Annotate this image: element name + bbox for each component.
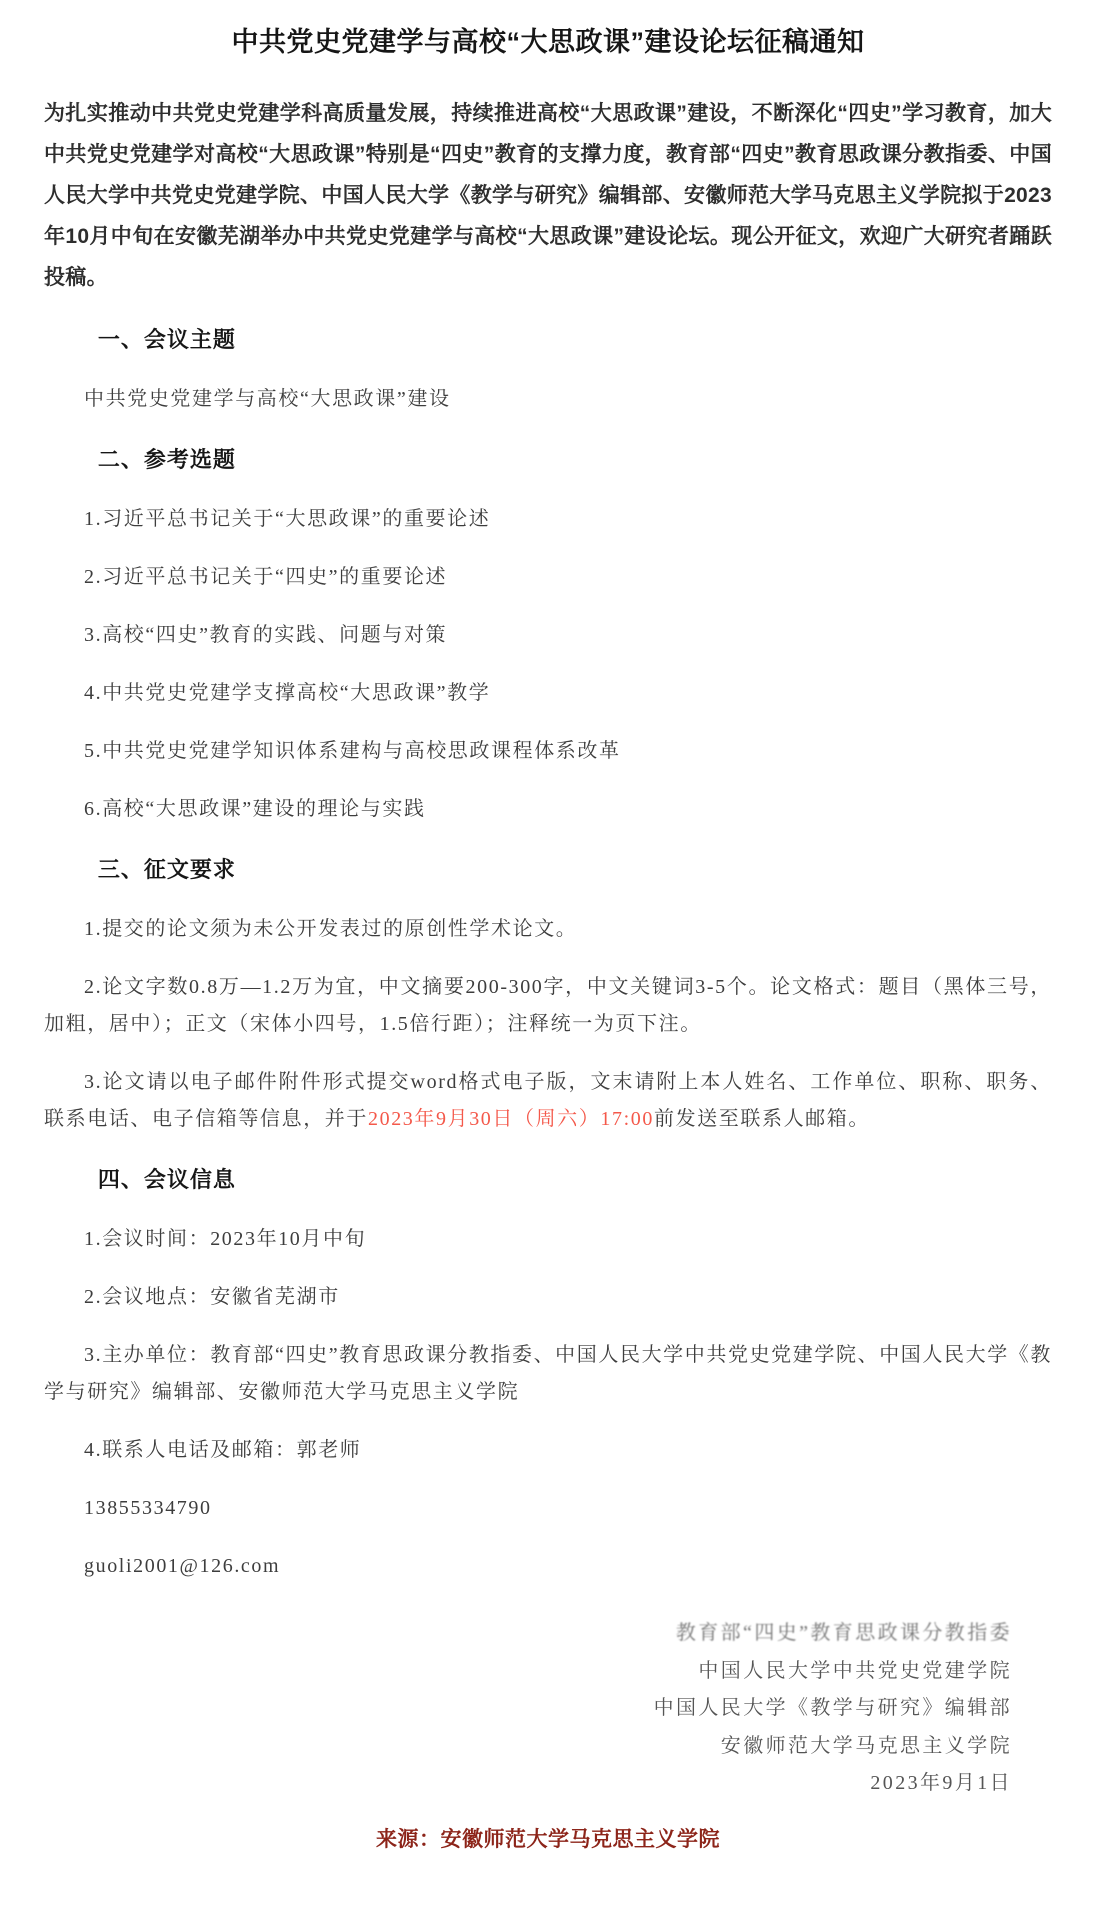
requirement-item-2: 2.论文字数0.8万—1.2万为宜，中文摘要200-300字，中文关键词3-5个… (44, 969, 1052, 1043)
conference-theme: 中共党史党建学与高校“大思政课”建设 (44, 381, 1052, 418)
signature-date: 2023年9月1日 (44, 1765, 1012, 1803)
topic-item-4: 4.中共党史党建学支撑高校“大思政课”教学 (44, 675, 1052, 712)
signature-block: 教育部“四史”教育思政课分教指委 中国人民大学中共党史党建学院 中国人民大学《教… (44, 1615, 1052, 1803)
page: { "title": "中共党史党建学与高校“大思政课”建设论坛征稿通知", "… (0, 0, 1096, 1922)
document-title: 中共党史党建学与高校“大思政课”建设论坛征稿通知 (44, 26, 1052, 59)
topic-item-1: 1.习近平总书记关于“大思政课”的重要论述 (44, 501, 1052, 538)
intro-paragraph: 为扎实推动中共党史党建学科高质量发展，持续推进高校“大思政课”建设，不断深化“四… (44, 93, 1052, 298)
topic-item-5: 5.中共党史党建学知识体系建构与高校思政课程体系改革 (44, 733, 1052, 770)
submission-deadline: 2023年9月30日（周六）17:00 (368, 1108, 654, 1130)
signature-line-1: 教育部“四史”教育思政课分教指委 (44, 1615, 1012, 1653)
contact-phone: 13855334790 (44, 1490, 1052, 1527)
contact-email: guoli2001@126.com (44, 1548, 1052, 1585)
topic-item-3: 3.高校“四史”教育的实践、问题与对策 (44, 617, 1052, 654)
signature-line-3: 中国人民大学《教学与研究》编辑部 (44, 1690, 1012, 1728)
source-line: 来源：安徽师范大学马克思主义学院 (44, 1825, 1052, 1855)
signature-line-4: 安徽师范大学马克思主义学院 (44, 1728, 1012, 1766)
topic-item-6: 6.高校“大思政课”建设的理论与实践 (44, 791, 1052, 828)
info-item-place: 2.会议地点：安徽省芜湖市 (44, 1279, 1052, 1316)
requirement-item-1: 1.提交的论文须为未公开发表过的原创性学术论文。 (44, 911, 1052, 948)
signature-line-2: 中国人民大学中共党史党建学院 (44, 1653, 1012, 1691)
requirement-item-3: 3.论文请以电子邮件附件形式提交word格式电子版，文末请附上本人姓名、工作单位… (44, 1064, 1052, 1138)
topic-item-2: 2.习近平总书记关于“四史”的重要论述 (44, 559, 1052, 596)
info-item-hosts: 3.主办单位：教育部“四史”教育思政课分教指委、中国人民大学中共党史党建学院、中… (44, 1337, 1052, 1411)
info-item-contact: 4.联系人电话及邮箱：郭老师 (44, 1432, 1052, 1469)
section-heading-theme: 一、会议主题 (44, 323, 1052, 356)
section-heading-topics: 二、参考选题 (44, 443, 1052, 476)
section-heading-info: 四、会议信息 (44, 1163, 1052, 1196)
requirement-item-3-tail: 前发送至联系人邮箱。 (654, 1108, 870, 1130)
section-heading-requirements: 三、征文要求 (44, 853, 1052, 886)
notice-document: 中共党史党建学与高校“大思政课”建设论坛征稿通知 为扎实推动中共党史党建学科高质… (0, 0, 1096, 1863)
info-item-time: 1.会议时间：2023年10月中旬 (44, 1221, 1052, 1258)
